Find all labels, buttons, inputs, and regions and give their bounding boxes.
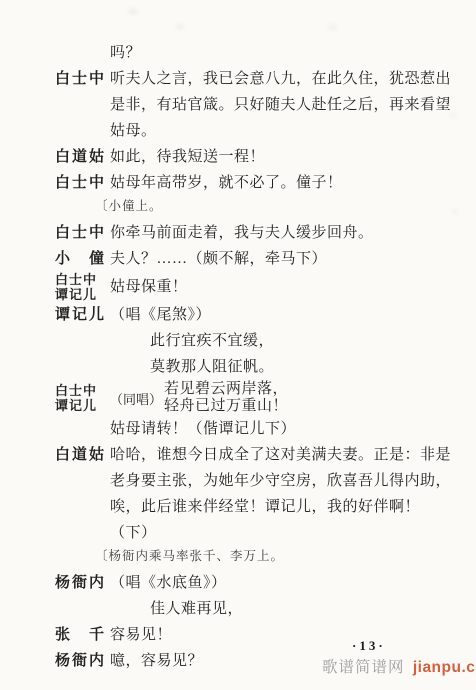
page-number: ·13·: [352, 638, 386, 654]
dialogue-text: 你牵马前面走着，我与夫人缓步回舟。: [110, 220, 451, 246]
dialogue-text-line: 夫人？……（颇不解，牵马下）: [110, 246, 451, 272]
watermark: 歌谱简谱网 jianpu.cn: [322, 655, 476, 677]
dialogue-text-line: 唉，此后谁来伴经堂！谭记儿，我的好伴啊！（下）: [110, 494, 451, 546]
speaker-name: 白道姑: [55, 144, 110, 170]
scan-smudge: [128, 9, 138, 14]
lyric-line: 此行宜疾不宜缓，: [55, 328, 451, 354]
speaker-label: 杨衙内: [55, 570, 110, 596]
watermark-domain: jianpu.cn: [413, 659, 476, 676]
dialogue-text: 听夫人之言，我已会意八九，在此久住，犹恐惹出是非，有玷官箴。只好随夫人赴任之后，…: [110, 66, 451, 144]
lyric-line: 佳人难再见，: [55, 596, 451, 622]
duet-lyrics: 若见碧云两岸落，轻舟已过万重山！: [162, 381, 451, 415]
speaker-name: 白士中: [55, 66, 110, 92]
script-line: 张 千容易见！: [55, 622, 451, 648]
speaker-label: 谭记儿: [55, 302, 110, 328]
stage-direction: 〔小僮上。: [55, 196, 451, 217]
scan-smudge: [452, 208, 458, 214]
script-line: 白士中听夫人之言，我已会意八九，在此久住，犹恐惹出是非，有玷官箴。只好随夫人赴任…: [55, 66, 451, 144]
lyric-line: 轻舟已过万重山！: [164, 398, 451, 415]
speaker-label: 白士中: [55, 66, 110, 92]
scan-smudge: [176, 24, 184, 30]
script-line: 谭记儿（唱《尾煞》）: [55, 302, 451, 328]
dialogue-text: （唱《水底鱼》）: [110, 570, 451, 596]
duet-line: 白士中谭记儿（同唱）若见碧云两岸落，轻舟已过万重山！: [55, 381, 451, 415]
dialogue-text-line: 老身要主张，为她年少守空房，欣喜吾儿得内助，: [110, 468, 451, 494]
dialogue-text: 如此，待我短送一程！: [110, 144, 451, 170]
speaker-label: 张 千: [55, 622, 110, 648]
speaker-name: 谭记儿: [55, 398, 110, 413]
stage-direction: 〔杨衙内乘马率张千、李万上。: [55, 546, 451, 567]
speaker-label: 白士中: [55, 220, 110, 246]
speaker-name: 谭记儿: [55, 302, 110, 328]
speaker-name: 张 千: [55, 622, 110, 648]
script-line: 白道姑哈哈，谁想今日成全了这对美满夫妻。正是：非是老身要主张，为她年少守空房，欣…: [55, 442, 451, 546]
script-line: 白士中你牵马前面走着，我与夫人缓步回舟。: [55, 220, 451, 246]
scan-smudge: [328, 25, 337, 30]
dialogue-text-line: 如此，待我短送一程！: [110, 144, 451, 170]
speaker-name: 白士中: [55, 383, 110, 398]
scanned-script-page: 吗？白士中听夫人之言，我已会意八九，在此久住，犹恐惹出是非，有玷官箴。只好随夫人…: [0, 0, 476, 690]
dialogue-text: 姑母保重！: [110, 274, 451, 300]
dialogue-continuation: 吗？: [55, 40, 451, 66]
speaker-name: 白士中: [55, 272, 110, 287]
dialogue-text-line: 是非，有玷官箴。只好随夫人赴任之后，再来看望: [110, 92, 451, 118]
lyric-line: 若见碧云两岸落，: [164, 381, 451, 398]
dialogue-text: 容易见！: [110, 622, 451, 648]
dialogue-text-line: 姑母年高带岁，就不必了。僮子！: [110, 170, 451, 196]
speaker-label: 杨衙内: [55, 648, 110, 674]
speaker-name: 谭记儿: [55, 287, 110, 302]
speaker-label: 白士中: [55, 170, 110, 196]
duet-tag: （同唱）: [110, 389, 162, 408]
speaker-name: 白士中: [55, 220, 110, 246]
script-line: 杨衙内（唱《水底鱼》）: [55, 570, 451, 596]
speaker-label: 白士中谭记儿: [55, 383, 110, 413]
speaker-label: 白道姑: [55, 144, 110, 170]
lyric-line: 莫教那人阻征帆。: [55, 354, 451, 380]
dialogue-text: 姑母年高带岁，就不必了。僮子！: [110, 170, 451, 196]
dialogue-text-line: （唱《尾煞》）: [110, 302, 451, 328]
speaker-label: 小 僮: [55, 246, 110, 272]
speaker-label: 白士中谭记儿: [55, 272, 110, 302]
dialogue-text-line: 听夫人之言，我已会意八九，在此久住，犹恐惹出: [110, 66, 451, 92]
speaker-name: 小 僮: [55, 246, 110, 272]
dialogue-text: 夫人？……（颇不解，牵马下）: [110, 246, 451, 272]
watermark-site-name: 歌谱简谱网: [322, 659, 405, 676]
speaker-name: 白士中: [55, 170, 110, 196]
dialogue-text-line: 容易见！: [110, 622, 451, 648]
dialogue-text-line: （唱《水底鱼》）: [110, 570, 451, 596]
script-line: 白道姑如此，待我短送一程！: [55, 144, 451, 170]
script-line: 白士中姑母年高带岁，就不必了。僮子！: [55, 170, 451, 196]
dialogue-text: （唱《尾煞》）: [110, 302, 451, 328]
speaker-name: 杨衙内: [55, 570, 110, 596]
dialogue-text: 哈哈，谁想今日成全了这对美满夫妻。正是：非是老身要主张，为她年少守空房，欣喜吾儿…: [110, 442, 451, 546]
dialogue-text-line: 姑母。: [110, 118, 451, 144]
script-body: 吗？白士中听夫人之言，我已会意八九，在此久住，犹恐惹出是非，有玷官箴。只好随夫人…: [55, 40, 451, 674]
speaker-name: 杨衙内: [55, 648, 110, 674]
dialogue-text-line: 哈哈，谁想今日成全了这对美满夫妻。正是：非是: [110, 442, 451, 468]
dialogue-text-line: 姑母保重！: [110, 274, 451, 300]
script-line: 白士中谭记儿姑母保重！: [55, 272, 451, 302]
speaker-label: 白道姑: [55, 442, 110, 468]
dialogue-continuation: 姑母请转！（偕谭记儿下）: [55, 416, 451, 442]
speaker-name: 白道姑: [55, 442, 110, 468]
script-line: 小 僮夫人？……（颇不解，牵马下）: [55, 246, 451, 272]
dialogue-text-line: 你牵马前面走着，我与夫人缓步回舟。: [110, 220, 451, 246]
